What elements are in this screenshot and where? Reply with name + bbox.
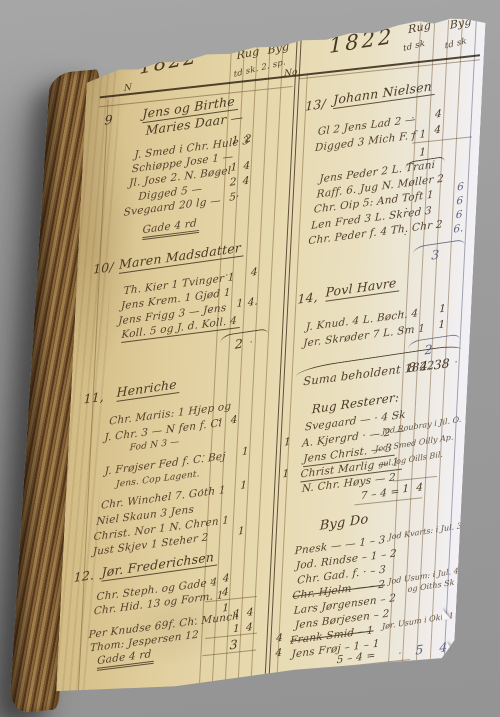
sum-amount: 3	[428, 246, 442, 263]
amount: 4.	[246, 295, 260, 309]
alignment-dot: ·	[202, 452, 205, 462]
sum-rule	[393, 476, 437, 482]
entry-title: Povl Havre	[325, 274, 399, 301]
sum-amount: 2	[232, 335, 246, 352]
entry-number: 11,	[83, 389, 104, 406]
entry-number: 14,	[297, 289, 318, 306]
margin-amount: 1	[280, 435, 294, 449]
amount: 1	[238, 445, 252, 459]
entry-title: Maren Madsdatter	[119, 239, 244, 273]
entry-title: Johann Nielsen	[333, 78, 435, 109]
amount: 6	[453, 180, 467, 194]
column-subheader: td sk	[403, 39, 426, 54]
amount: 5	[412, 641, 426, 658]
amount: 1	[435, 318, 449, 332]
number-column-label: No	[284, 67, 298, 79]
amount: 1	[237, 478, 251, 492]
header-rule	[299, 59, 480, 79]
alignment-dot: ·	[405, 205, 408, 215]
alignment-dot: ·	[210, 576, 213, 586]
amount: 6	[453, 194, 467, 208]
entry-title: Henriche	[116, 376, 179, 402]
page-corner-curl	[442, 608, 452, 620]
alignment-dot: ·	[454, 358, 457, 368]
year-label: 1822	[139, 44, 199, 79]
amount: 4	[247, 265, 261, 279]
photo-background: 1822 Rug Byg td sk. 2. sp. No N 1822 Rug…	[0, 0, 500, 717]
alignment-dot: ·	[398, 649, 401, 659]
alignment-dot: ·	[210, 306, 213, 316]
ledger-page: 1822 Rug Byg td sk. 2. sp. No N 1822 Rug…	[56, 14, 486, 701]
alignment-dot: ·	[411, 114, 414, 124]
amount: 4	[431, 123, 445, 137]
column-rule	[251, 43, 284, 679]
alignment-dot: ·	[401, 325, 404, 335]
margin-mark: N	[124, 83, 132, 94]
alignment-dot: ·	[401, 309, 404, 319]
alignment-dot: ·	[403, 230, 406, 240]
amount: 4	[227, 413, 241, 427]
year-label: 1822	[329, 24, 394, 58]
alignment-dot: ·	[225, 271, 228, 281]
entry-number: 9	[104, 112, 113, 128]
amount: 4	[219, 571, 233, 585]
ledger-line: Gade 4 rd	[142, 217, 200, 240]
column-header-byg: Byg	[267, 40, 290, 57]
column-header-byg: Byg	[450, 14, 473, 31]
amount: 6.	[451, 222, 465, 236]
margin-amount: 4	[272, 631, 286, 645]
margin-amount: 1	[279, 467, 293, 481]
alignment-dot: ·	[218, 141, 221, 151]
amount: 4	[239, 174, 253, 188]
entry-number: 10/	[93, 259, 114, 277]
page-corner-curl	[446, 641, 456, 653]
alignment-dot: ·	[194, 615, 197, 625]
margin-note: Jod Kvarts: i Jul. 3 Sk.	[389, 519, 478, 542]
amount: 1	[399, 482, 413, 496]
section-heading: Byg Do	[320, 512, 369, 534]
alignment-dot: ·	[216, 169, 219, 179]
alignment-dot: ·	[218, 416, 221, 426]
suma-amount: 8	[405, 359, 419, 376]
alignment-dot: ·	[201, 486, 204, 496]
column-header-rug: Rug	[408, 19, 432, 37]
amount: 4	[243, 606, 257, 620]
amount: 6	[452, 208, 466, 222]
suma-amount: 38	[431, 355, 453, 373]
margin-amount: 4	[272, 646, 286, 660]
entry-number: 13/	[305, 96, 326, 114]
amount: 5·	[227, 190, 241, 204]
amount: 4	[218, 585, 232, 599]
amount: 2	[241, 132, 255, 146]
alignment-dot: ·	[410, 130, 413, 140]
ledger-book: 1822 Rug Byg td sk. 2. sp. No N 1822 Rug…	[56, 14, 488, 704]
amount: 1	[435, 302, 449, 316]
alignment-dot: ·	[396, 410, 399, 420]
amount: 1	[234, 524, 248, 538]
amount: 4	[413, 481, 427, 495]
amount: 4	[240, 159, 254, 173]
carry-amount: 1	[416, 146, 430, 160]
alignment-dot: ·	[250, 338, 253, 348]
amount: 4	[431, 107, 445, 121]
entry-number: 12.	[73, 567, 94, 584]
